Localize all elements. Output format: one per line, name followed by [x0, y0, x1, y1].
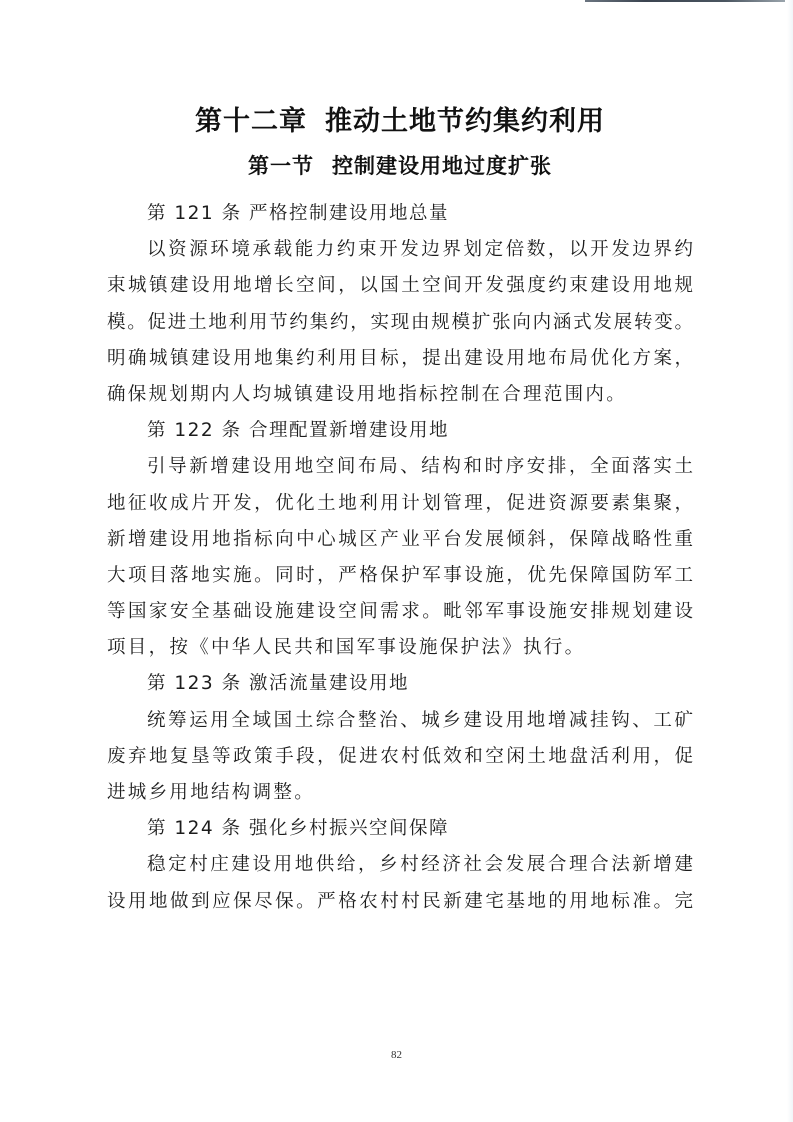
paragraph-line: 项目，按《中华人民共和国军事设施保护法》执行。	[107, 630, 693, 666]
paragraph-line: 废弃地复垦等政策手段，促进农村低效和空闲土地盘活利用，促	[107, 739, 693, 775]
paragraph-line: 以资源环境承载能力约束开发边界划定倍数，以开发边界约	[107, 232, 693, 268]
document-body: 第 121 条 严格控制建设用地总量 以资源环境承载能力约束开发边界划定倍数，以…	[107, 196, 693, 920]
paragraph-line: 明确城镇建设用地集约利用目标，提出建设用地布局优化方案，	[107, 341, 693, 377]
paragraph-line: 等国家安全基础设施建设空间需求。毗邻军事设施安排规划建设	[107, 594, 693, 630]
paragraph-line: 大项目落地实施。同时，严格保护军事设施，优先保障国防军工	[107, 558, 693, 594]
article-heading-122: 第 122 条 合理配置新增建设用地	[107, 413, 693, 449]
paragraph-line: 地征收成片开发，优化土地利用计划管理，促进资源要素集聚，	[107, 486, 693, 522]
section-name: 控制建设用地过度扩张	[332, 154, 552, 178]
paragraph-line: 统筹运用全域国土综合整治、城乡建设用地增减挂钩、工矿	[107, 703, 693, 739]
chapter-number: 第十二章	[195, 106, 307, 137]
article-heading-124: 第 124 条 强化乡村振兴空间保障	[107, 811, 693, 847]
page-number: 82	[0, 1049, 793, 1061]
paragraph-line: 进城乡用地结构调整。	[107, 775, 693, 811]
page-edge-shadow	[787, 0, 793, 1122]
scan-edge-artifact	[585, 0, 785, 2]
paragraph-line: 新增建设用地指标向中心城区产业平台发展倾斜，保障战略性重	[107, 522, 693, 558]
article-heading-123: 第 123 条 激活流量建设用地	[107, 666, 693, 702]
paragraph-line: 模。促进土地利用节约集约，实现由规模扩张向内涵式发展转变。	[107, 305, 693, 341]
paragraph-line: 稳定村庄建设用地供给，乡村经济社会发展合理合法新增建	[107, 847, 693, 883]
section-number: 第一节	[248, 154, 314, 178]
section-title: 第一节控制建设用地过度扩张	[107, 150, 693, 180]
paragraph-line: 设用地做到应保尽保。严格农村村民新建宅基地的用地标准。完	[107, 884, 693, 920]
paragraph-line: 束城镇建设用地增长空间，以国土空间开发强度约束建设用地规	[107, 268, 693, 304]
article-heading-121: 第 121 条 严格控制建设用地总量	[107, 196, 693, 232]
paragraph-line: 引导新增建设用地空间布局、结构和时序安排，全面落实土	[107, 449, 693, 485]
chapter-title: 第十二章推动土地节约集约利用	[107, 99, 693, 138]
paragraph-line: 确保规划期内人均城镇建设用地指标控制在合理范围内。	[107, 377, 693, 413]
chapter-name: 推动土地节约集约利用	[325, 106, 605, 137]
